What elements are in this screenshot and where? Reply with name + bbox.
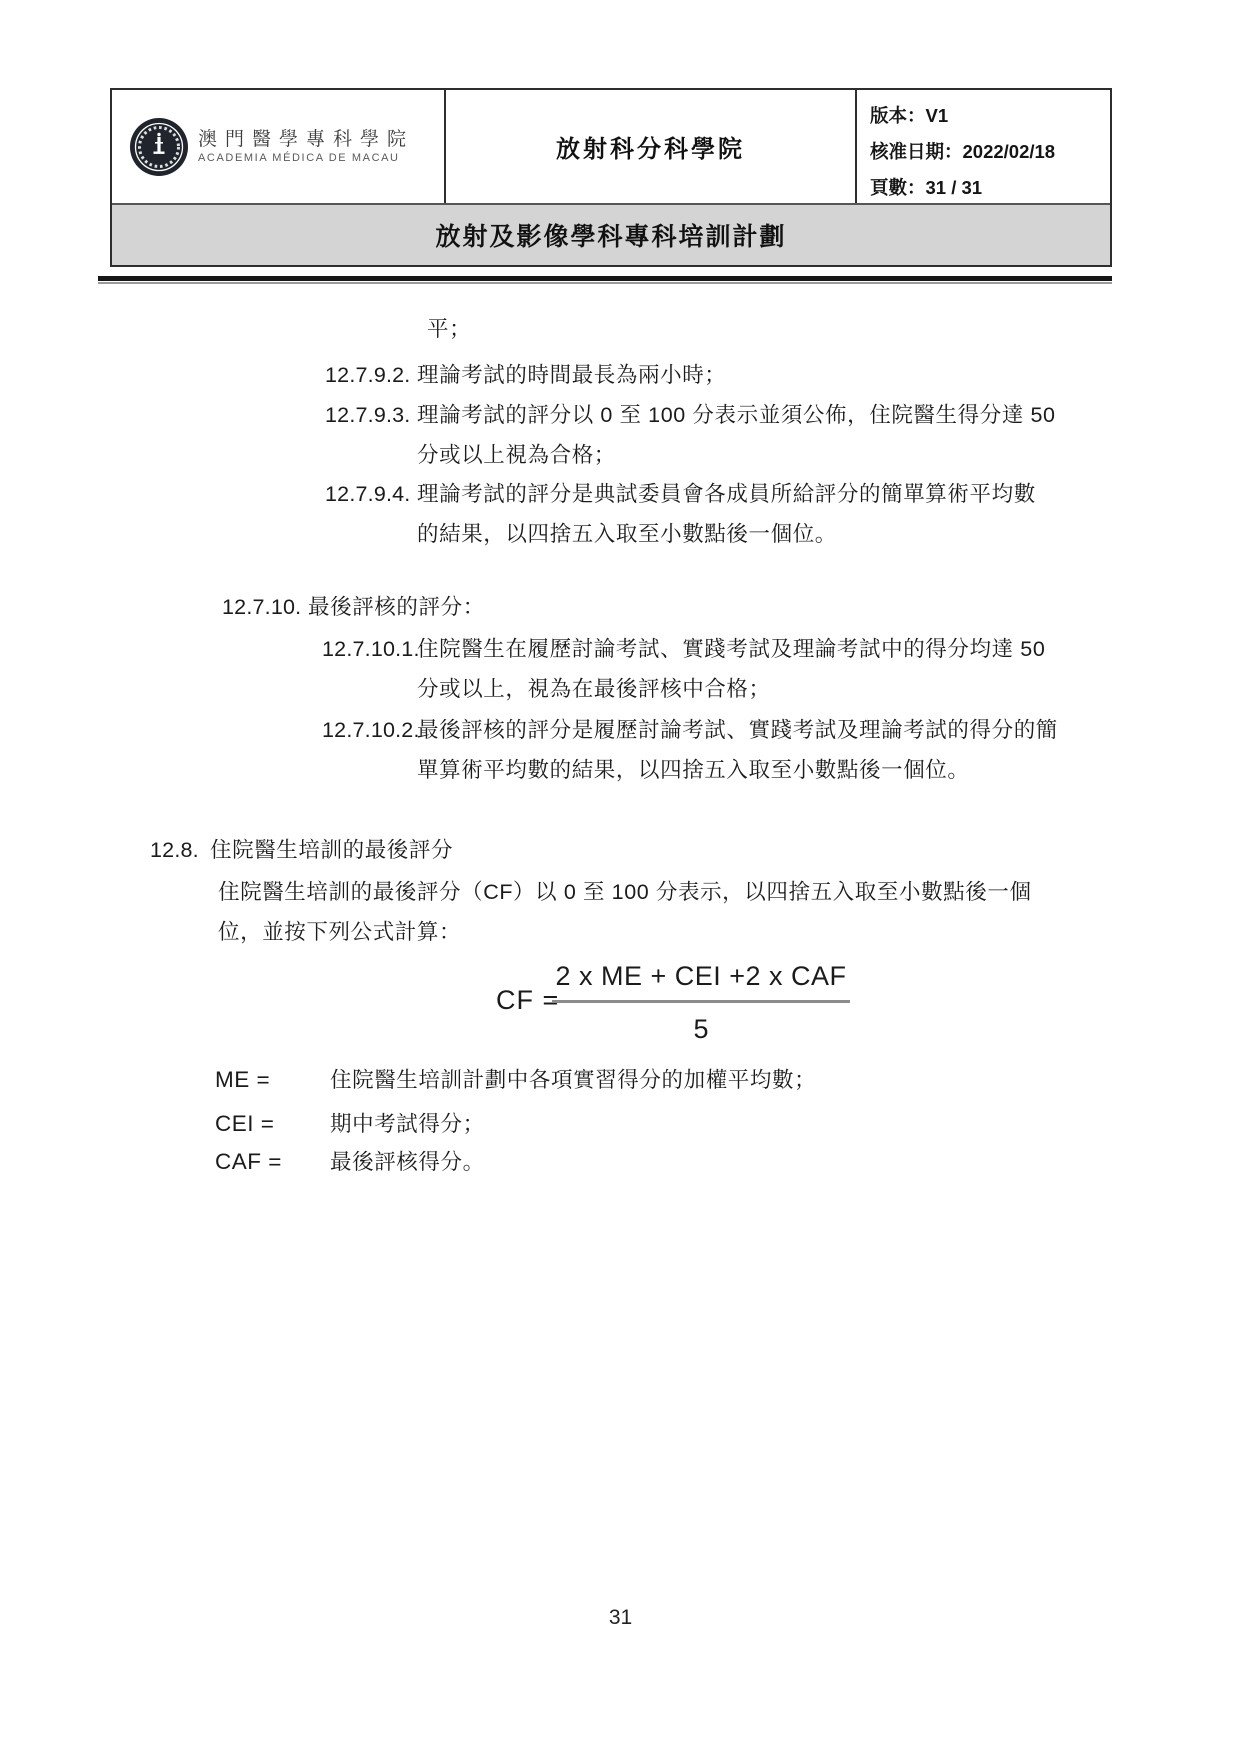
version-label: 版本：V1 xyxy=(870,98,1110,134)
page-count-label: 頁數：31 / 31 xyxy=(870,170,1110,206)
item-number: 12.7.9.2. xyxy=(325,355,410,395)
item-number: 12.7.10.2. xyxy=(322,710,420,750)
academy-seal-icon xyxy=(129,117,189,177)
item-text: 理論考試的評分以 0 至 100 分表示並須公佈，住院醫生得分達 50 分或以上… xyxy=(417,395,1056,475)
fraction-bar xyxy=(552,1000,850,1003)
item-number: 12.7.9.4. xyxy=(325,474,410,514)
document-header: 澳門醫學專科學院 ACADEMIA MÉDICA DE MACAU 放射科分科學… xyxy=(110,88,1112,267)
item-text: 住院醫生在履歷討論考試、實踐考試及理論考試中的得分均達 50 分或以上，視為在最… xyxy=(417,629,1045,709)
item-number: 12.7.9.3. xyxy=(325,395,410,435)
header-body-divider xyxy=(98,276,1112,284)
item-text: 理論考試的評分是典試委員會各成員所給評分的簡單算術平均數 的結果，以四捨五入取至… xyxy=(417,474,1036,554)
formula-numerator: 2 x ME + CEI +2 x CAF xyxy=(552,960,850,992)
item-text: 最後評核的評分： xyxy=(308,587,485,627)
definition-symbol: CEI = xyxy=(215,1104,274,1144)
definition-symbol: CAF = xyxy=(215,1142,282,1182)
formula-lhs: CF = xyxy=(496,984,559,1016)
logo-wordmark: 澳門醫學專科學院 ACADEMIA MÉDICA DE MACAU xyxy=(198,128,414,165)
logo-cell: 澳門醫學專科學院 ACADEMIA MÉDICA DE MACAU xyxy=(112,90,446,203)
approval-date-label: 核准日期：2022/02/18 xyxy=(870,134,1110,170)
item-text: 住院醫生培訓的最後評分 xyxy=(210,830,453,870)
formula-denominator: 5 xyxy=(552,1013,850,1045)
definition-symbol: ME = xyxy=(215,1060,270,1100)
document-page: 澳門醫學專科學院 ACADEMIA MÉDICA DE MACAU 放射科分科學… xyxy=(0,0,1241,1754)
header-top-row: 澳門醫學專科學院 ACADEMIA MÉDICA DE MACAU 放射科分科學… xyxy=(112,90,1110,203)
item-number: 12.8. xyxy=(150,830,199,870)
college-title: 放射科分科學院 xyxy=(446,90,855,203)
logo-wordmark-latin: ACADEMIA MÉDICA DE MACAU xyxy=(198,152,414,165)
page-number: 31 xyxy=(0,1606,1241,1630)
item-number: 12.7.10.1. xyxy=(322,629,420,669)
document-meta: 版本：V1 核准日期：2022/02/18 頁數：31 / 31 xyxy=(855,90,1110,203)
logo-wordmark-cjk: 澳門醫學專科學院 xyxy=(198,128,414,152)
definition-text: 住院醫生培訓計劃中各項實習得分的加權平均數； xyxy=(330,1060,816,1100)
item-number: 12.7.10. xyxy=(222,587,301,627)
item-text: 住院醫生培訓的最後評分（CF）以 0 至 100 分表示，以四捨五入取至小數點後… xyxy=(218,872,1032,952)
definition-text: 期中考試得分； xyxy=(330,1104,485,1144)
document-subtitle: 放射及影像學科專科培訓計劃 xyxy=(112,203,1110,265)
item-text: 平； xyxy=(427,309,471,349)
definition-text: 最後評核得分。 xyxy=(330,1142,485,1182)
item-text: 理論考試的時間最長為兩小時； xyxy=(417,355,726,395)
item-text: 最後評核的評分是履歷討論考試、實踐考試及理論考試的得分的簡 單算術平均數的結果，… xyxy=(417,710,1058,790)
